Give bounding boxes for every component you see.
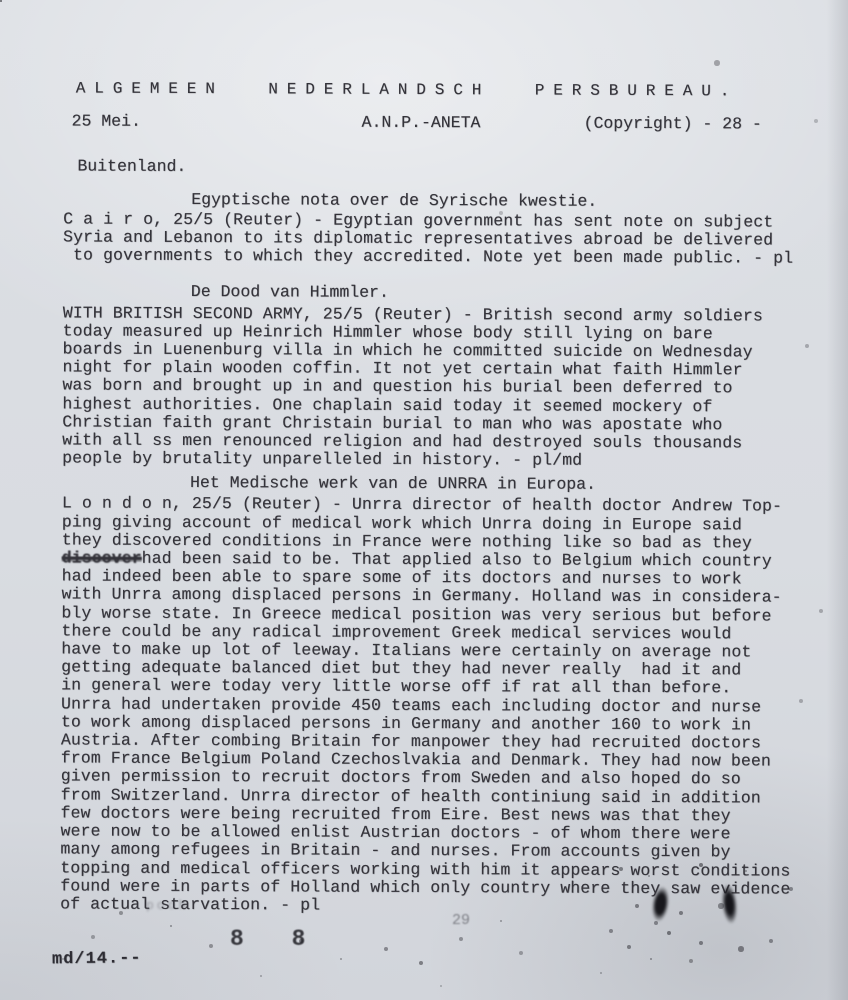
copyright-page-number: (Copyright) - 28 -	[584, 114, 762, 134]
article-unrra-part2: had been said to be. That applied also t…	[60, 549, 790, 915]
agency-name: A.N.P.-ANETA	[362, 113, 481, 133]
scanned-press-bulletin: ALGEMEEN NEDERLANDSCH PERSBUREAU. 25 Mei…	[0, 0, 848, 1000]
struck-out-word: discover	[62, 548, 142, 567]
headline-unrra-medical: Het Medische werk van de UNRRA in Europa…	[190, 474, 848, 495]
article-egypt-syria: C a i r o, 25/5 (Reuter) - Egyptian gove…	[63, 210, 819, 268]
article-himmler-death: WITH BRITISH SECOND ARMY, 25/5 (Reuter) …	[62, 304, 819, 471]
meta-row: 25 Mei. A.N.P.-ANETA (Copyright) - 28 -	[2, 111, 848, 135]
article-unrra-medical: L o n d o n, 25/5 (Reuter) - Unrra direc…	[60, 495, 818, 917]
masthead-title: ALGEMEEN NEDERLANDSCH PERSBUREAU.	[76, 78, 848, 101]
editor-initials-mark: md/14.--	[52, 940, 846, 969]
typewritten-content: ALGEMEEN NEDERLANDSCH PERSBUREAU. 25 Mei…	[0, 0, 848, 966]
section-category: Buitenland.	[77, 156, 848, 178]
headline-egypt-syria: Egyptische nota over de Syrische kwestie…	[191, 191, 848, 212]
headline-himmler-death: De Dood van Himmler.	[191, 283, 848, 304]
article-unrra-part1: L o n d o n, 25/5 (Reuter) - Unrra direc…	[62, 494, 782, 552]
issue-date: 25 Mei.	[72, 111, 141, 130]
